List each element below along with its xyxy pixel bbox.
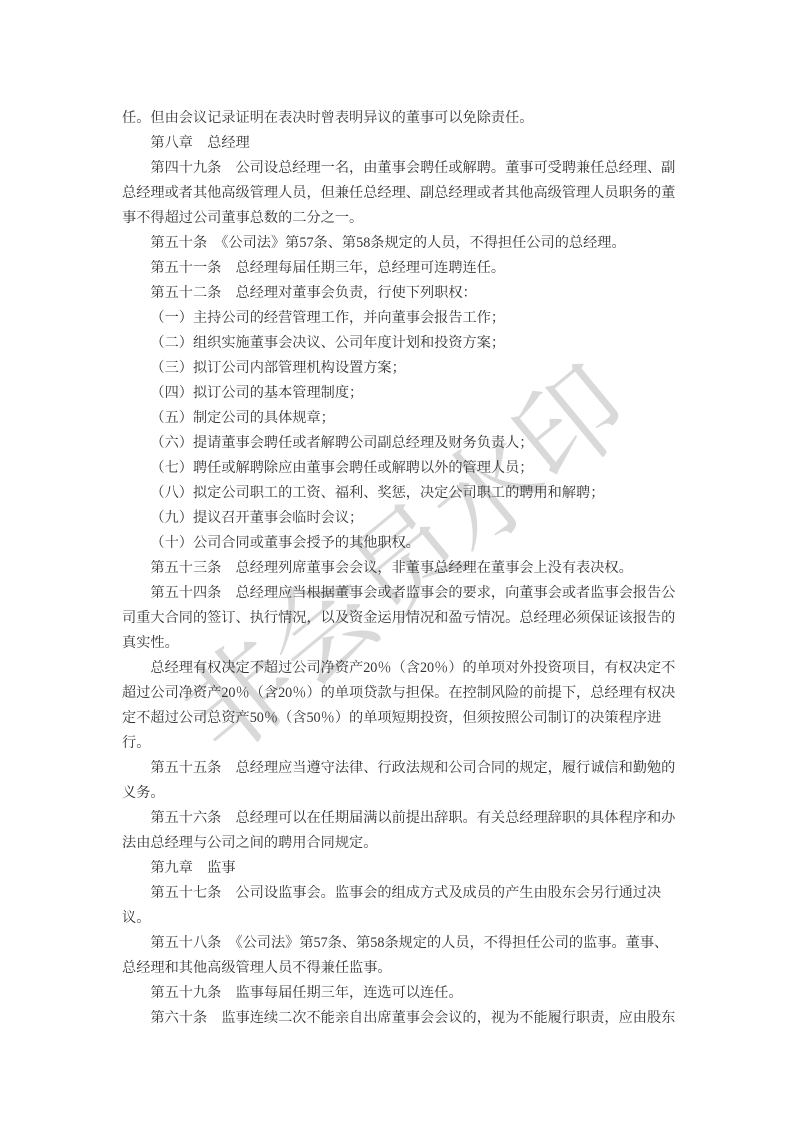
document-line: 任。但由会议记录证明在表决时曾表明异议的董事可以免除责任。: [122, 106, 702, 131]
document-line: 第五十二条 总经理对董事会负责，行使下列职权：: [122, 281, 702, 306]
document-line: （一）主持公司的经营管理工作，并向董事会报告工作；: [122, 306, 702, 331]
document-line: 第五十四条 总经理应当根据董事会或者监事会的要求，向董事会或者监事会报告公: [122, 581, 702, 606]
document-line: （九）提议召开董事会临时会议；: [122, 506, 702, 531]
document-content: 任。但由会议记录证明在表决时曾表明异议的董事可以免除责任。第八章 总经理第四十九…: [122, 106, 702, 1031]
document-line: （五）制定公司的具体规章；: [122, 406, 702, 431]
document-line: 总经理和其他高级管理人员不得兼任监事。: [122, 956, 702, 981]
document-line: 第六十条 监事连续二次不能亲自出席董事会会议的，视为不能履行职责，应由股东: [122, 1006, 702, 1031]
document-line: （六）提请董事会聘任或者解聘公司副总经理及财务负责人；: [122, 431, 702, 456]
document-line: 第五十五条 总经理应当遵守法律、行政法规和公司合同的规定，履行诚信和勤勉的: [122, 756, 702, 781]
document-line: 总经理有权决定不超过公司净资产20％（含20％）的单项对外投资项目，有权决定不: [122, 656, 702, 681]
document-line: （三）拟订公司内部管理机构设置方案；: [122, 356, 702, 381]
document-line: 第五十六条 总经理可以在任期届满以前提出辞职。有关总经理辞职的具体程序和办: [122, 806, 702, 831]
document-line: 第五十七条 公司设监事会。监事会的组成方式及成员的产生由股东会另行通过决: [122, 881, 702, 906]
document-line: 真实性。: [122, 631, 702, 656]
document-line: （七）聘任或解聘除应由董事会聘任或解聘以外的管理人员；: [122, 456, 702, 481]
document-line: 第五十三条 总经理列席董事会会议，非董事总经理在董事会上没有表决权。: [122, 556, 702, 581]
document-line: 第五十条 《公司法》第57条、第58条规定的人员，不得担任公司的总经理。: [122, 231, 702, 256]
document-line: 超过公司净资产20％（含20％）的单项贷款与担保。在控制风险的前提下，总经理有权…: [122, 681, 702, 706]
document-line: 总经理或者其他高级管理人员，但兼任总经理、副总经理或者其他高级管理人员职务的董: [122, 181, 702, 206]
document-line: （四）拟订公司的基本管理制度；: [122, 381, 702, 406]
document-line: 第八章 总经理: [122, 131, 702, 156]
document-line: 第九章 监事: [122, 856, 702, 881]
document-page: 非会员水印 任。但由会议记录证明在表决时曾表明异议的董事可以免除责任。第八章 总…: [0, 0, 800, 1131]
document-line: 第四十九条 公司设总经理一名，由董事会聘任或解聘。董事可受聘兼任总经理、副: [122, 156, 702, 181]
document-line: （八）拟定公司职工的工资、福利、奖惩，决定公司职工的聘用和解聘；: [122, 481, 702, 506]
document-line: 议。: [122, 906, 702, 931]
document-line: 事不得超过公司董事总数的二分之一。: [122, 206, 702, 231]
document-line: 法由总经理与公司之间的聘用合同规定。: [122, 831, 702, 856]
document-line: （二）组织实施董事会决议、公司年度计划和投资方案；: [122, 331, 702, 356]
document-line: 司重大合同的签订、执行情况，以及资金运用情况和盈亏情况。总经理必须保证该报告的: [122, 606, 702, 631]
document-line: 第五十八条 《公司法》第57条、第58条规定的人员，不得担任公司的监事。董事、: [122, 931, 702, 956]
document-line: 第五十九条 监事每届任期三年，连选可以连任。: [122, 981, 702, 1006]
document-line: 定不超过公司总资产50％（含50％）的单项短期投资，但须按照公司制订的决策程序进: [122, 706, 702, 731]
document-line: 第五十一条 总经理每届任期三年，总经理可连聘连任。: [122, 256, 702, 281]
document-line: 义务。: [122, 781, 702, 806]
document-line: 行。: [122, 731, 702, 756]
document-line: （十）公司合同或董事会授予的其他职权。: [122, 531, 702, 556]
